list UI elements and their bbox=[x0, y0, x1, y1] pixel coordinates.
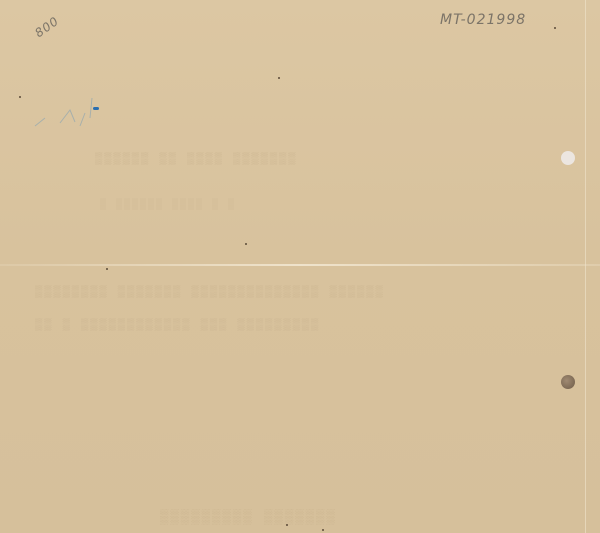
punch-hole-bottom bbox=[561, 375, 575, 389]
blue-ink-dot bbox=[93, 107, 99, 110]
speck bbox=[278, 77, 280, 79]
show-through-line-5: ▒▒▒▒▒▒▒▒▒ ▒▒▒▒▒▒▒ bbox=[160, 510, 337, 526]
speck bbox=[245, 243, 247, 245]
scanned-document-page: MT-021998 800 ▒▒▒▒▒▒ ▒▒ ▒▒▒▒ ▒▒▒▒▒▒▒ ▒ ▒… bbox=[0, 0, 600, 533]
speck bbox=[19, 96, 21, 98]
paper-edge bbox=[585, 0, 586, 533]
show-through-line-3: ▒▒▒▒▒▒▒▒ ▒▒▒▒▒▒▒ ▒▒▒▒▒▒▒▒▒▒▒▒▒▒ ▒▒▒▒▒▒ bbox=[35, 285, 385, 299]
punch-hole-top bbox=[561, 151, 575, 165]
show-through-line-4: ▒▒ ▒ ▒▒▒▒▒▒▒▒▒▒▒▒ ▒▒▒ ▒▒▒▒▒▒▒▒▒ bbox=[35, 318, 320, 332]
show-through-line-2: ▒ ▒▒▒▒▒▒ ▒▒▒▒ ▒ ▒ bbox=[100, 200, 236, 211]
handwritten-document-id: MT-021998 bbox=[440, 12, 526, 28]
paper-fold-line bbox=[0, 264, 600, 266]
speck bbox=[106, 268, 108, 270]
show-through-line-1: ▒▒▒▒▒▒ ▒▒ ▒▒▒▒ ▒▒▒▒▒▒▒ bbox=[95, 152, 297, 166]
speck bbox=[286, 524, 288, 526]
speck bbox=[322, 529, 324, 531]
speck bbox=[554, 27, 556, 29]
corner-annotation: 800 bbox=[32, 14, 61, 40]
